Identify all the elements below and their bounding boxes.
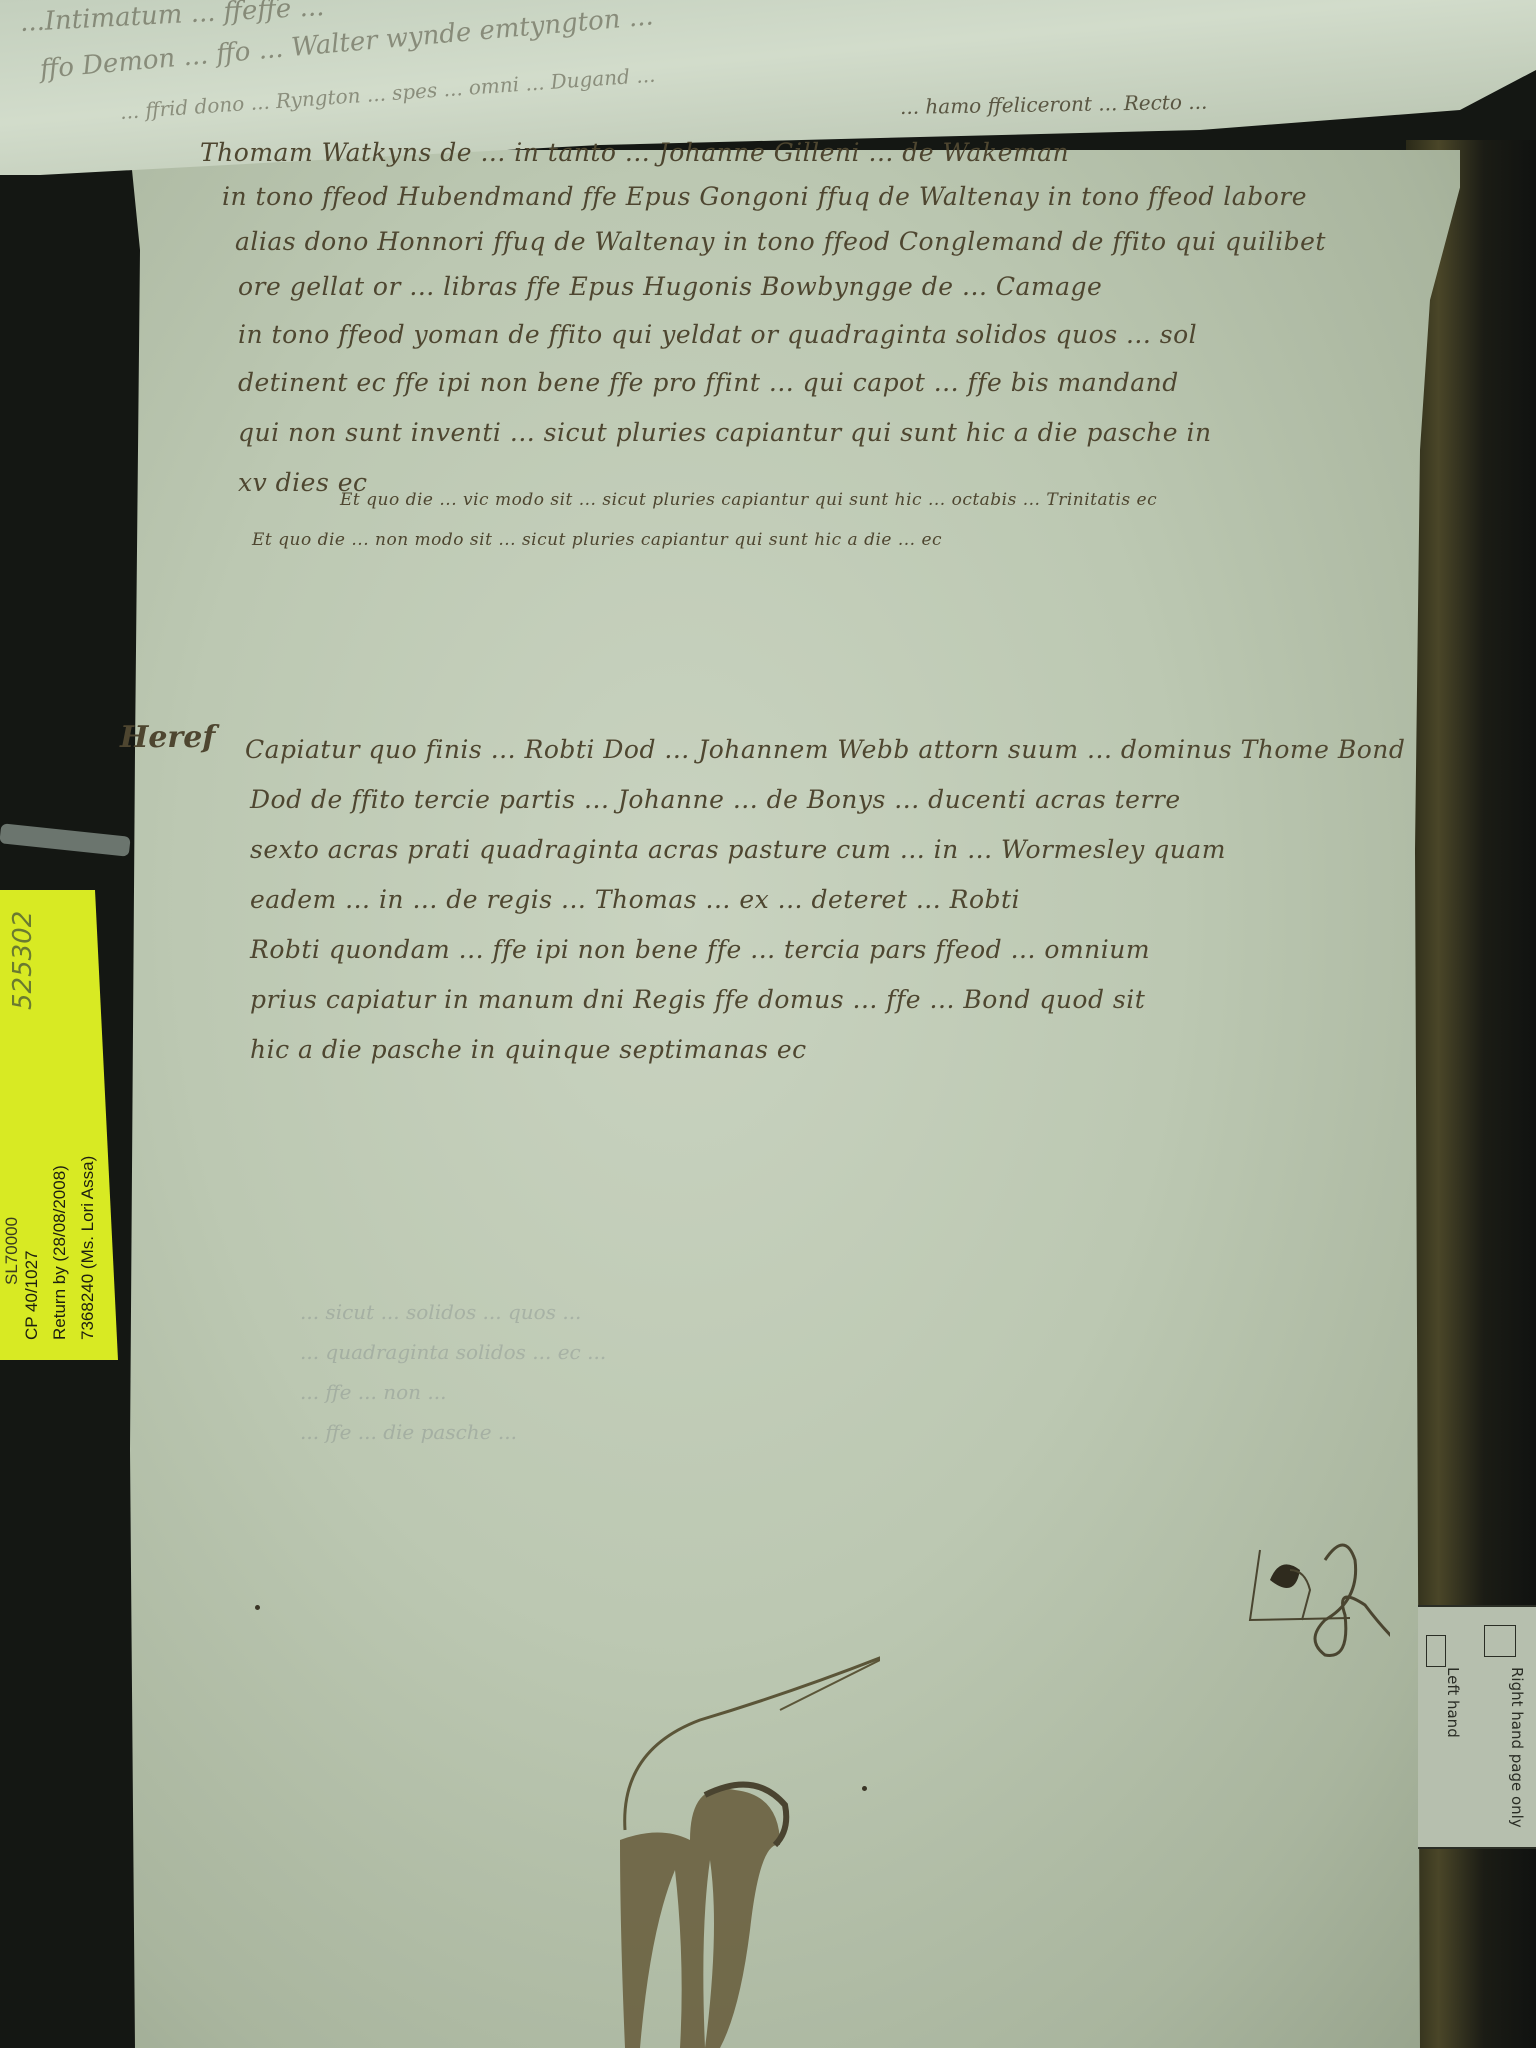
label-return-date: Return by (28/08/2008) bbox=[50, 1165, 70, 1340]
left-hand-label: Left hand bbox=[1444, 1667, 1462, 1738]
note-line: Et quo die ... non modo sit ... sicut pl… bbox=[252, 530, 942, 550]
scribe-signature-icon bbox=[1230, 1530, 1390, 1660]
text-line: detinent ec ffe ipi non bene ffe pro ffi… bbox=[238, 368, 1179, 397]
text-line: Thomam Watkyns de ... in tanto ... Johan… bbox=[200, 138, 1069, 167]
label-partial-line: SL70000 bbox=[2, 1217, 22, 1285]
ink-flourish-mark-icon bbox=[580, 1630, 880, 2048]
text-line: in tono ffeod Hubendmand ffe Epus Gongon… bbox=[222, 182, 1307, 211]
text-line: Dod de ffito tercie partis ... Johanne .… bbox=[250, 785, 1181, 814]
label-document-reference: CP 40/1027 bbox=[22, 1251, 42, 1340]
text-line: alias dono Honnori ffuq de Waltenay in t… bbox=[235, 227, 1326, 256]
strap bbox=[0, 823, 131, 856]
text-line: eadem ... in ... de regis ... Thomas ...… bbox=[250, 885, 1020, 914]
right-hand-page-label: Right hand page only bbox=[1508, 1667, 1526, 1828]
curl-line: ...Intimatum ... ffeffe ... bbox=[19, 0, 325, 38]
curl-line: ... ffrid dono ... Ryngton ... spes ... … bbox=[119, 63, 656, 124]
curl-line: ... hamo ffeliceront ... Recto ... bbox=[900, 90, 1208, 119]
text-line: prius capiatur in manum dni Regis ffe do… bbox=[250, 985, 1145, 1014]
ink-speck bbox=[255, 1605, 260, 1610]
text-line: sexto acras prati quadraginta acras past… bbox=[250, 835, 1226, 864]
text-line: ore gellat or ... libras ffe Epus Hugoni… bbox=[238, 272, 1102, 301]
ghost-line: ... ffe ... non ... bbox=[300, 1380, 446, 1404]
text-line: qui non sunt inventi ... sicut pluries c… bbox=[238, 418, 1212, 447]
right-hand-page-checkbox[interactable] bbox=[1484, 1625, 1516, 1657]
text-line: Capiatur quo finis ... Robti Dod ... Joh… bbox=[245, 735, 1405, 764]
margin-note-county: Heref bbox=[120, 720, 215, 755]
ink-speck bbox=[862, 1786, 867, 1791]
text-line: in tono ffeod yoman de ffito qui yeldat … bbox=[238, 320, 1197, 349]
ghost-line: ... ffe ... die pasche ... bbox=[300, 1420, 517, 1444]
note-line: Et quo die ... vic modo sit ... sicut pl… bbox=[340, 490, 1157, 510]
page-selection-tag: Right hand page only Left hand bbox=[1418, 1605, 1536, 1849]
label-handwritten-number: 525302 bbox=[8, 911, 38, 1010]
left-hand-checkbox[interactable] bbox=[1426, 1635, 1446, 1667]
label-requester: 7368240 (Ms. Lori Assa) bbox=[78, 1156, 98, 1340]
ghost-line: ... sicut ... solidos ... quos ... bbox=[300, 1300, 581, 1324]
text-line: Robti quondam ... ffe ipi non bene ffe .… bbox=[250, 935, 1150, 964]
archive-request-label: 525302 SL70000 CP 40/1027 Return by (28/… bbox=[0, 890, 120, 1360]
text-line: hic a die pasche in quinque septimanas e… bbox=[250, 1035, 807, 1064]
ghost-line: ... quadraginta solidos ... ec ... bbox=[300, 1340, 606, 1364]
